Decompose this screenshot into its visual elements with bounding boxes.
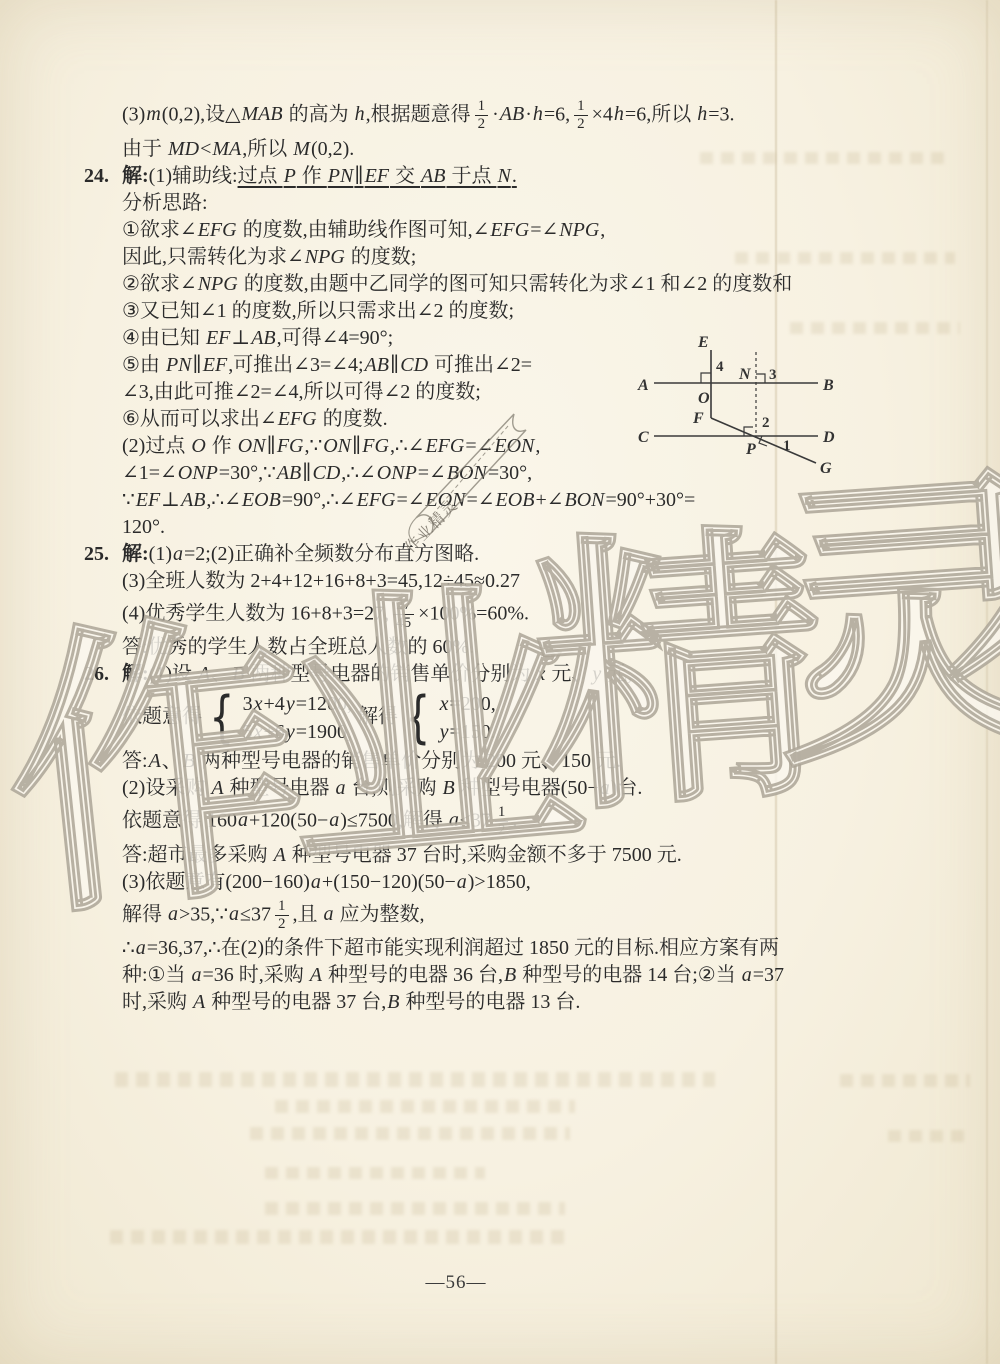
point-label-P: P [745,441,756,458]
watermark-character: 灵 [762,462,1000,782]
text-line: (3)依题意有(200−160)a+(150−120)(50−a)>1850, [122,869,792,896]
angle-label-3: 3 [769,367,777,383]
right-angle-mark-N [756,374,765,383]
text-line: 答:A、B 两种型号电器的销售单价分别为 200 元、150 元. [122,748,792,775]
text-line: ①欲求∠EFG 的度数,由辅助线作图可知,∠EFG=∠NPG, [122,217,792,244]
text-line: (3)m(0,2),设△MAB 的高为 h,根据题意得12·AB·h=6,12×… [122,96,792,136]
text-line: ∴a=36,37,∴在(2)的条件下超市能实现利润超过 1850 元的目标.相应… [122,935,792,962]
angle-label-4: 4 [716,359,724,375]
fraction: 12 [495,804,509,840]
scanned-answer-page: (3)m(0,2),设△MAB 的高为 h,根据题意得12·AB·h=6,12×… [0,0,1000,1364]
text-line: 分析思路: [122,190,792,217]
text-line: (2)设采购 A 种型号电器 a 台,则采购 B 种型号电器(50−a)台. [122,775,792,802]
page-number: —56— [0,1272,912,1294]
angle-label-2: 2 [762,415,770,431]
text-line: (4)优秀学生人数为 16+8+3=27,2745×100%=60%. [122,595,792,635]
text-line: 120°. [122,514,792,541]
text-line: 依题意得{3x+4y=1200,5x+6y=1900,解得{x=200,y=15… [122,688,792,748]
equation-system: {3x+4y=1200,5x+6y=1900, [204,690,352,746]
bleed-through-text [265,1167,485,1179]
fraction: 2745 [393,597,414,633]
point-label-B: B [822,377,834,394]
point-label-O: O [698,390,710,407]
bleed-through-text [265,1202,565,1215]
text-line: 25.解:(1)a=2;(2)正确补全频数分布直方图略. [122,541,792,568]
bleed-through-text [115,1072,715,1087]
text-line: ③又已知∠1 的度数,所以只需求出∠2 的度数; [122,298,792,325]
text-line: ∵EF⊥AB,∴∠EOB=90°,∴∠EFG=∠EON=∠EOB+∠BON=90… [122,487,792,514]
text-line: 因此,只需转化为求∠NPG 的度数; [122,244,792,271]
text-line: 答:优秀的学生人数占全班总人数的 60%. [122,634,792,661]
point-label-D: D [822,429,835,446]
problem-number: 26. [84,661,120,688]
solution-lines: (3)m(0,2),设△MAB 的高为 h,根据题意得12·AB·h=6,12×… [122,96,792,1016]
problem-number: 25. [84,541,120,568]
angle-label-1: 1 [783,438,791,454]
text-line: 依题意得 160a+120(50−a)≤7500,解得 a≤3712. [122,802,792,842]
point-label-A: A [637,377,649,394]
point-label-G: G [820,460,832,477]
text-line: ②欲求∠NPG 的度数,由题中乙同学的图可知只需转化为求∠1 和∠2 的度数和 [122,271,792,298]
text-line: 由于 MD<MA,所以 M(0,2). [122,136,792,163]
bleed-through-text [840,1074,970,1087]
fraction: 12 [475,98,489,134]
text-line: 答:超市最多采购 A 种型号电器 37 台时,采购金额不多于 7500 元. [122,842,792,869]
equation-system: {x=200,y=150. [400,690,496,746]
bleed-through-text [888,1130,968,1142]
fraction: 12 [275,898,289,934]
text-line: 24.解:(1)辅助线:过点 P 作 PN∥EF 交 AB 于点 N. [122,163,792,190]
bleed-through-text [110,1230,570,1244]
point-label-F: F [692,410,704,427]
bleed-through-text [250,1127,570,1140]
text-line: 种:①当 a=36 时,采购 A 种型号的电器 36 台,B 种型号的电器 14… [122,962,792,989]
right-angle-mark-O [701,373,711,383]
point-label-N: N [738,366,752,383]
point-label-E: E [697,334,709,351]
text-line: 解得 a>35,∵a≤3712,且 a 应为整数, [122,896,792,936]
fraction: 12 [574,98,588,134]
text-line: (3)全班人数为 2+4+12+16+8+3=45,12÷45≈0.27 [122,568,792,595]
point-label-C: C [638,429,649,446]
text-line: 时,采购 A 种型号的电器 37 台,B 种型号的电器 13 台. [122,989,792,1016]
problem-number: 24. [84,163,120,190]
paper-crease [986,0,988,1364]
bleed-through-text [275,1100,575,1113]
geometry-figure: E A B C D O F N P G 4 3 2 1 [636,330,851,488]
